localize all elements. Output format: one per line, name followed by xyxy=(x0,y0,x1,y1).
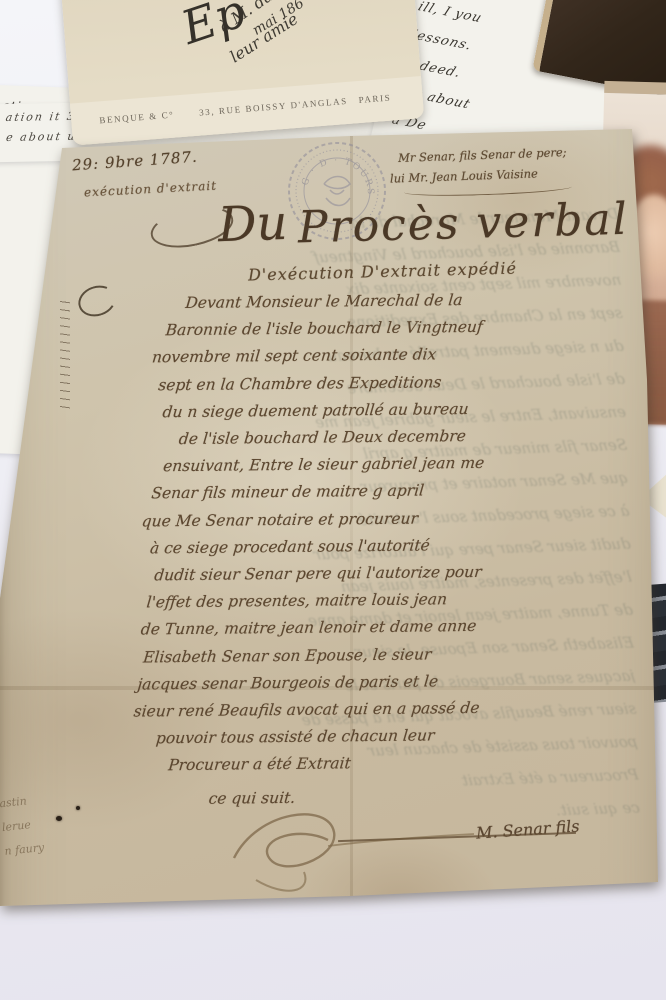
parchment-document: Devant Monsieur le Marechal de laBaronni… xyxy=(0,0,666,1000)
manuscript-date: 29: 9bre 1787. xyxy=(72,148,199,175)
margin-notes: astinleruen faury xyxy=(0,788,45,864)
wormhole xyxy=(56,816,62,821)
title-prefix: Du xyxy=(217,195,288,253)
margin-vertical-note xyxy=(60,300,70,410)
manuscript-body-text: Devant Monsieur le Marechal de laBaronni… xyxy=(93,285,658,814)
manuscript-line: Procureur a été Extrait xyxy=(167,747,660,779)
manuscript-subject: exécution d'extrait xyxy=(84,179,218,200)
title-main: Procès verbal xyxy=(297,194,629,254)
paraph-flourish xyxy=(216,796,516,906)
docket-note-line1: Mr Senar, fils Senar de pere; xyxy=(398,145,567,165)
photograph-of-documents: ternationen 1ul ,ueR.nm ation it 30 blan… xyxy=(0,0,666,1000)
parchment-wrapper: Devant Monsieur le Marechal de laBaronni… xyxy=(0,0,666,1000)
wormhole xyxy=(76,806,80,810)
margin-note-line: n faury xyxy=(3,836,45,864)
